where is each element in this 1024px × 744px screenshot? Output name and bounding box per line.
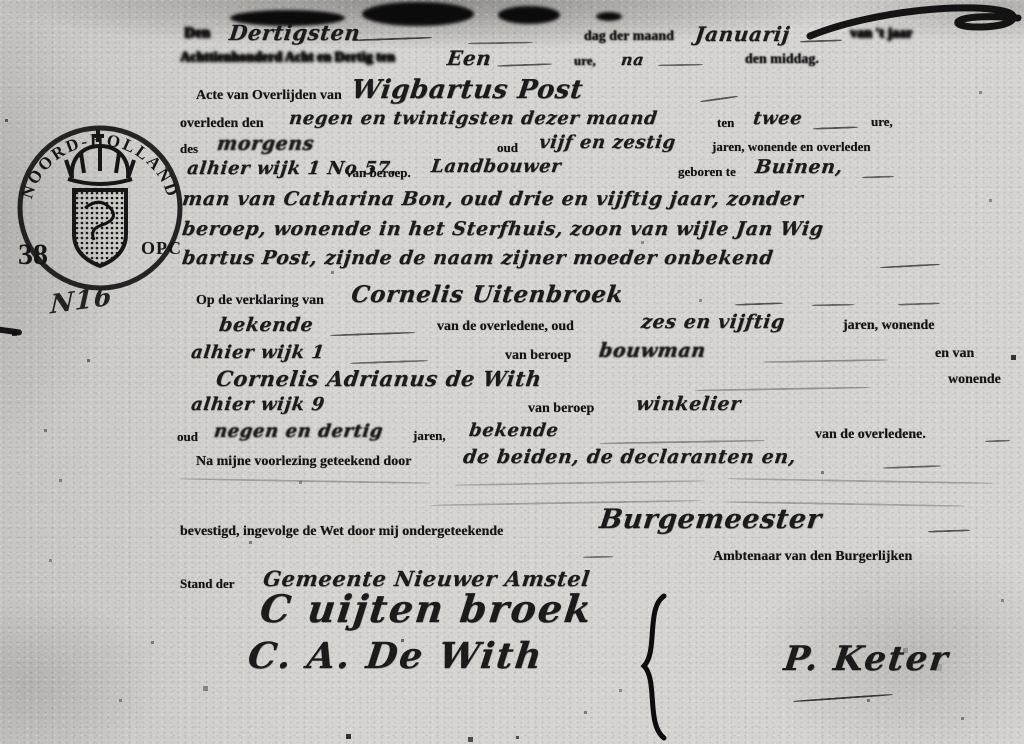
printed-text: overleden den: [180, 117, 264, 131]
handwritten-text: negen en dertig: [213, 423, 384, 441]
printed-text: wonende: [948, 373, 1001, 387]
printed-text: en van: [935, 347, 974, 361]
blank-line: [813, 126, 858, 130]
printed-text: van beroep: [505, 349, 571, 363]
printed-text: dag der maand: [584, 30, 674, 44]
printed-text: van beroep.: [346, 166, 411, 179]
blank-line: [735, 302, 783, 306]
handwritten-text: Dertigsten: [228, 22, 362, 43]
printed-text: Ambtenaar van den Burgerlijken: [713, 550, 912, 564]
handwritten-text: Wigbartus Post: [350, 77, 585, 103]
printed-text: jaren,: [413, 429, 446, 442]
ink-smudge: [362, 2, 474, 26]
printed-text: van de overledene.: [815, 428, 926, 442]
grouping-brace: [640, 592, 670, 742]
blank-line: [793, 694, 893, 703]
handwritten-text: bekende: [468, 422, 560, 440]
blank-line: [700, 95, 738, 102]
handwritten-text: beroep, wonende in het Sterfhuis, zoon v…: [181, 220, 825, 239]
blank-line: [455, 480, 705, 486]
printed-text: ure,: [574, 54, 596, 67]
printed-text: Na mijne voorlezing geteekend door: [196, 455, 411, 469]
blank-line: [880, 263, 940, 268]
signature-text: C uijten broek: [258, 590, 595, 628]
revenue-stamp: NOORD-HOLLAND 38 OPC: [10, 116, 190, 296]
blank-line: [583, 556, 613, 559]
handwritten-text: vijf en zestig: [538, 134, 677, 152]
handwritten-text: bekende: [218, 316, 314, 335]
blank-line: [600, 440, 765, 445]
handwritten-text: Cornelis Adrianus de With: [215, 368, 543, 389]
handwritten-text: Landbouwer: [430, 158, 562, 176]
blank-line: [497, 63, 552, 67]
blank-line: [898, 302, 940, 305]
blank-line: [812, 304, 854, 307]
printed-text: van 't jaar: [850, 27, 912, 41]
blank-line: [352, 37, 432, 42]
blank-line: [330, 332, 415, 337]
ink-smudge: [0, 326, 22, 336]
handwritten-text: bartus Post, zijnde de naam zijner moede…: [181, 249, 774, 268]
blank-line: [763, 359, 888, 363]
blank-line: [728, 478, 993, 485]
handwritten-text: de beiden, de declaranten en,: [462, 448, 797, 467]
ink-smudge: [596, 12, 622, 21]
signature-text: P. Keter: [782, 642, 951, 676]
printed-text: Achttienhonderd Acht en Dertig ten: [180, 51, 395, 65]
stamp-lion-shield-icon: [74, 190, 126, 266]
handwritten-text: winkelier: [635, 395, 742, 414]
blank-line: [985, 440, 1010, 443]
blank-line: [695, 386, 870, 391]
printed-text: geboren te: [678, 165, 736, 178]
blank-line: [883, 465, 941, 469]
printed-text: oud: [177, 430, 198, 443]
handwritten-text: Een: [446, 48, 493, 68]
printed-text: Stand der: [180, 577, 235, 590]
document-page: NOORD-HOLLAND 38 OPC N16 DenDertigstenda…: [0, 0, 1024, 744]
stamp-code: OPC: [141, 238, 182, 258]
blank-line: [658, 64, 703, 67]
printed-text: Den: [184, 26, 210, 41]
signature-text: C. A. De With: [246, 638, 545, 674]
printed-text: bevestigd, ingevolge de Wet door mij ond…: [180, 525, 503, 539]
handwritten-text: Buinen,: [754, 158, 844, 177]
printed-text: des: [180, 142, 198, 155]
paper-speckles: [0, 0, 1, 1]
handwritten-text: bouwman: [598, 342, 707, 361]
printed-text: den middag.: [745, 53, 819, 67]
printed-text: ure,: [871, 115, 893, 128]
handwritten-text: man van Catharina Bon, oud drie en vijft…: [181, 190, 804, 209]
handwritten-text: alhier wijk 9: [190, 396, 326, 414]
stamp-number: 38: [18, 238, 48, 271]
printed-text: jaren, wonende en overleden: [712, 140, 871, 153]
handwritten-text: Januarij: [694, 24, 791, 44]
handwritten-text: na: [620, 52, 645, 68]
printed-text: ten: [717, 116, 734, 129]
blank-line: [862, 175, 894, 178]
blank-line: [350, 360, 428, 365]
handwritten-text: zes en vijftig: [640, 313, 786, 332]
blank-line: [180, 478, 430, 484]
printed-text: Op de verklaring van: [196, 294, 324, 308]
handwritten-text: twee: [752, 110, 803, 128]
handwritten-text: negen en twintigsten dezer maand: [288, 110, 658, 128]
ink-smudge: [498, 6, 560, 24]
printed-text: Acte van Overlijden van: [196, 89, 342, 103]
handwritten-text: Cornelis Uitenbroek: [350, 283, 625, 306]
blank-line: [468, 41, 533, 44]
handwritten-text: Burgemeester: [598, 506, 823, 533]
printed-text: oud: [497, 141, 518, 154]
printed-text: van beroep: [528, 402, 594, 416]
printed-text: van de overledene, oud: [437, 320, 574, 334]
handwritten-text: morgens: [216, 135, 315, 154]
handwritten-text: alhier wijk 1: [190, 344, 326, 362]
blank-line: [928, 529, 970, 532]
printed-text: jaren, wonende: [843, 319, 935, 333]
